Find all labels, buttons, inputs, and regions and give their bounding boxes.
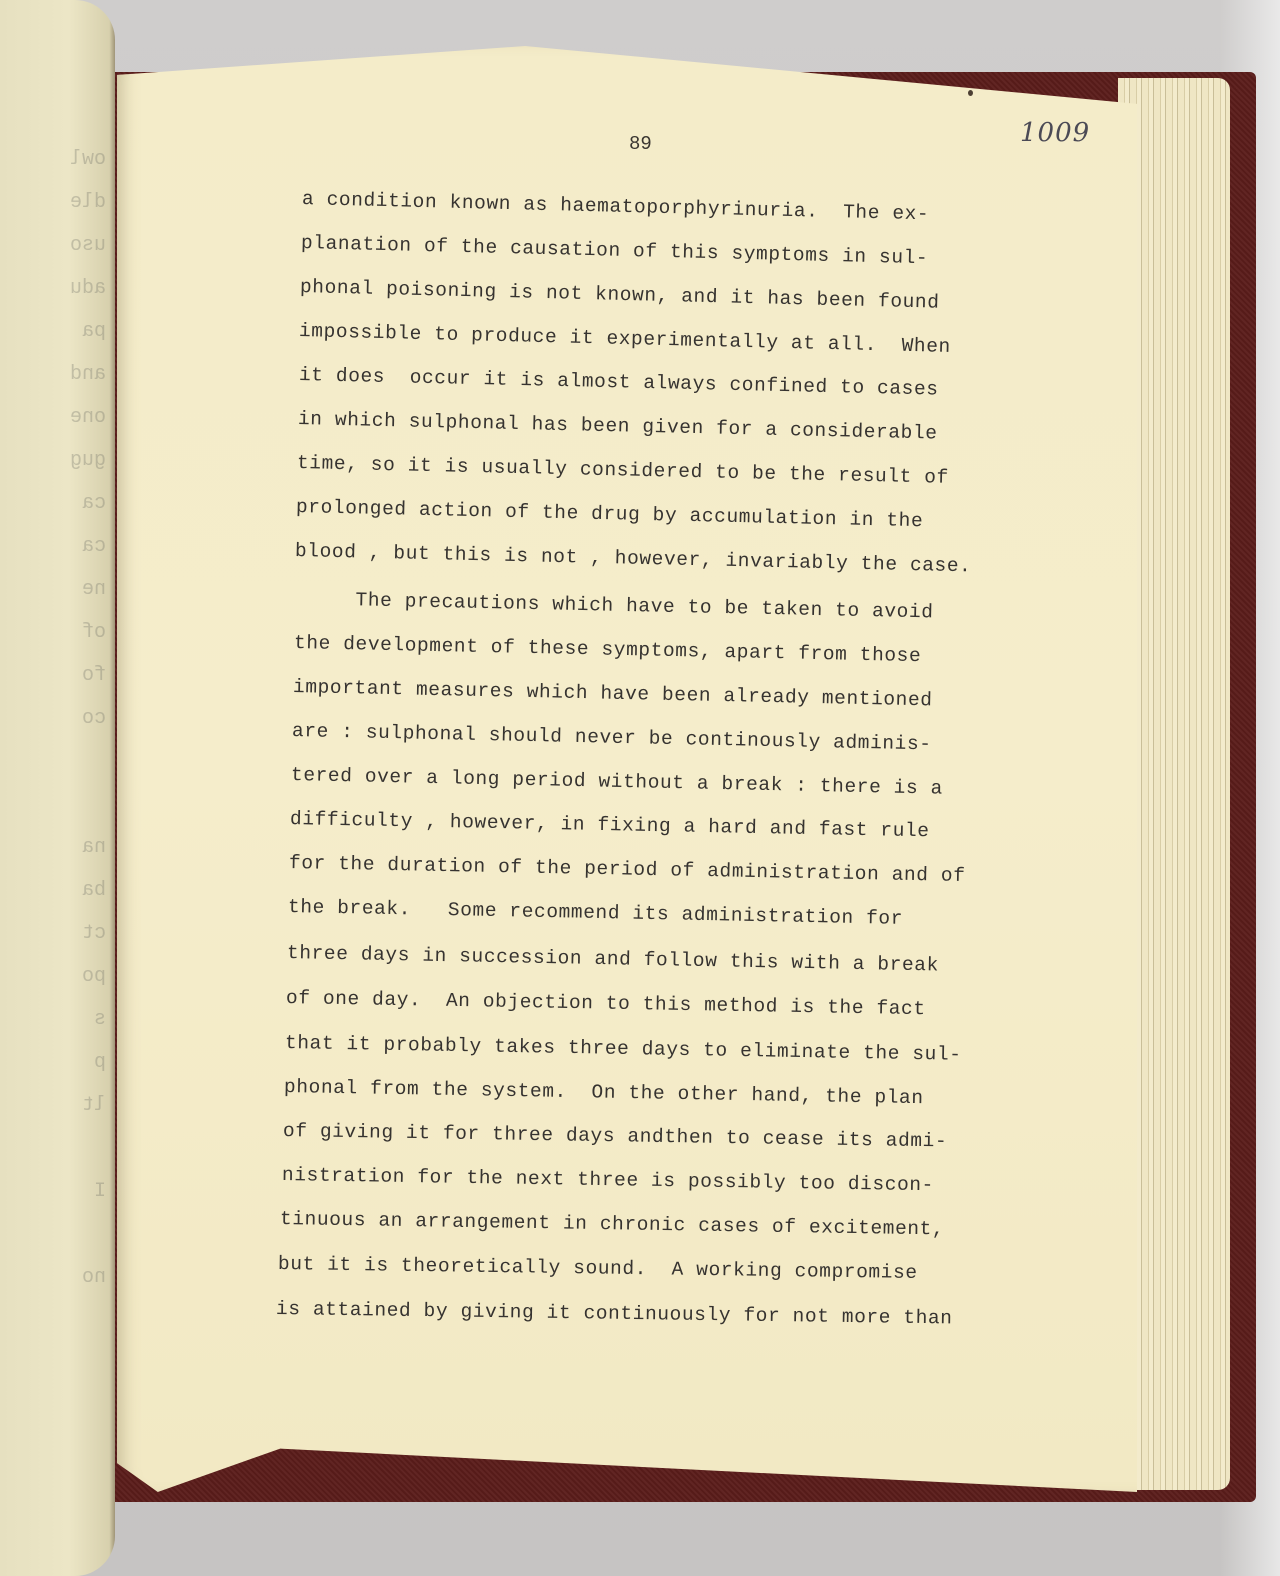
bleed-fragment: co <box>6 707 106 750</box>
typed-page <box>117 46 1137 1492</box>
bleed-fragment: s <box>6 1008 106 1051</box>
bleed-fragment: ba <box>6 879 106 922</box>
bleed-fragment: uso <box>6 234 106 277</box>
bleed-fragment: lt <box>6 1094 106 1137</box>
page-number: 89 <box>629 133 652 155</box>
bleed-fragment: ca <box>6 535 106 578</box>
bleed-fragment: p <box>6 1051 106 1094</box>
bleed-fragment: and <box>6 363 106 406</box>
bleed-fragment: ct <box>6 922 106 965</box>
bleed-fragment: adu <box>6 277 106 320</box>
handwritten-folio-number: 1009 <box>1020 118 1090 148</box>
facing-page-left: owl dle uso adu pa and one gug ca ca ne … <box>0 0 115 1576</box>
bleed-fragment: I <box>6 1180 106 1223</box>
bleed-fragment: of <box>6 621 106 664</box>
bleed-fragment: po <box>6 965 106 1008</box>
bleed-fragment: na <box>6 836 106 879</box>
bleed-fragment: dle <box>6 191 106 234</box>
bleed-fragment: ca <box>6 492 106 535</box>
bleed-fragment: one <box>6 406 106 449</box>
bleed-fragment: gug <box>6 449 106 492</box>
bleed-fragment: ne <box>6 578 106 621</box>
bleed-fragment: fo <box>6 664 106 707</box>
bleed-through-text: owl dle uso adu pa and one gug ca ca ne … <box>6 148 106 1309</box>
bleed-fragment: owl <box>6 148 106 191</box>
bleed-fragment: no <box>6 1266 106 1309</box>
ink-speck <box>968 90 973 96</box>
bleed-fragment: pa <box>6 320 106 363</box>
